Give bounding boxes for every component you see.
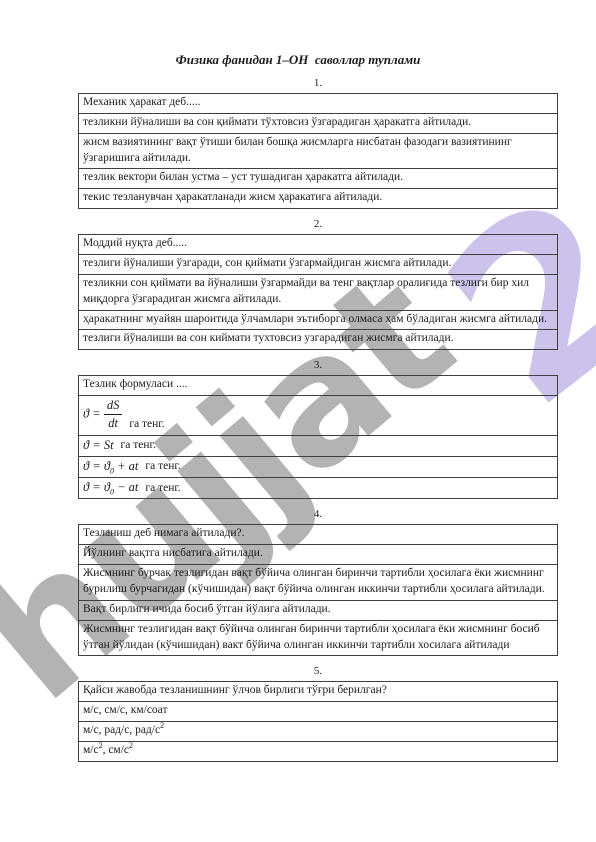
formula-suffix: га тенг. — [129, 417, 164, 433]
section-4: 4. Тезланиш деб нимага айтилади?. Йўлнин… — [78, 508, 558, 656]
table-row: м/с, рад/с, рад/с2 — [79, 722, 558, 742]
question-table-5: Қайси жавобда тезланишнинг ўлчов бирлиги… — [78, 681, 558, 761]
formula-expression: ϑ = ϑ0 + at — [83, 458, 138, 475]
document-page: hujjat 24 Физика фанидан 1–ОН саволлар т… — [0, 0, 596, 842]
section-2: 2. Моддий нуқта деб..... тезлиги йўналиш… — [78, 218, 558, 350]
answer-option: м/с, рад/с, рад/с2 — [79, 722, 558, 742]
answer-option-formula: ϑ = St га тенг. — [79, 435, 558, 456]
table-row: Тезланиш деб нимага айтилади?. — [79, 525, 558, 545]
answer-option: Жисмнинг тезлигидан вақт бўйича олинган … — [79, 620, 558, 656]
answer-option: жисм вазиятининг вақт ўтиши билан бошқа … — [79, 133, 558, 169]
question-number-1: 1. — [78, 77, 558, 89]
table-row: Механик ҳаракат деб..... — [79, 94, 558, 114]
answer-option: тезлик вектори билан устма – уст тушадиг… — [79, 169, 558, 189]
question-number-3: 3. — [78, 359, 558, 371]
table-row: ҳаракатнинг муайян шароитида ўлчамлари э… — [79, 310, 558, 330]
question-number-4: 4. — [78, 508, 558, 520]
answer-option: Жисмнинг бурчак тезлигидан вақт бўйича о… — [79, 565, 558, 601]
question-table-2: Моддий нуқта деб..... тезлиги йўналиши ў… — [78, 234, 558, 350]
table-row: жисм вазиятининг вақт ўтиши билан бошқа … — [79, 133, 558, 169]
answer-option: текис тезланувчан ҳаракатланади жисм ҳар… — [79, 189, 558, 209]
table-row: Йўлнинг вақтга нисбатига айтилади. — [79, 545, 558, 565]
section-3: 3. Тезлик формуласи .... ϑ = dSdt га тен… — [78, 359, 558, 499]
formula-suffix: га тенг. — [145, 481, 180, 497]
table-row: ϑ = dSdt га тенг. — [79, 396, 558, 436]
answer-option-formula: ϑ = dSdt га тенг. — [79, 396, 558, 436]
question-text: Тезлик формуласи .... — [79, 376, 558, 396]
page-title: Физика фанидан 1–ОН саволлар туплами — [0, 52, 596, 68]
formula-suffix: га тенг. — [145, 459, 180, 475]
question-table-1: Механик ҳаракат деб..... тезликни йўнали… — [78, 93, 558, 209]
section-5: 5. Қайси жавобда тезланишнинг ўлчов бирл… — [78, 665, 558, 761]
table-row: тезликни сон қиймати ва йўналиши ўзгарма… — [79, 274, 558, 310]
question-number-2: 2. — [78, 218, 558, 230]
table-row: тезлиги йўналиши ва сон киймати тухтовси… — [79, 330, 558, 350]
answer-option: Вақт бирлиги ичида босиб ўтган йўлига ай… — [79, 600, 558, 620]
answer-option: м/с2, см/с2 — [79, 742, 558, 762]
question-number-5: 5. — [78, 665, 558, 677]
fraction-denominator: dt — [104, 415, 123, 432]
table-row: Жисмнинг бурчак тезлигидан вақт бўйича о… — [79, 565, 558, 601]
table-row: ϑ = ϑ0 − at га тенг. — [79, 478, 558, 499]
table-row: м/с2, см/с2 — [79, 742, 558, 762]
table-row: тезликни йўналиши ва сон қиймати тўхтовс… — [79, 113, 558, 133]
answer-option: ҳаракатнинг муайян шароитида ўлчамлари э… — [79, 310, 558, 330]
table-row: Жисмнинг тезлигидан вақт бўйича олинган … — [79, 620, 558, 656]
question-text: Қайси жавобда тезланишнинг ўлчов бирлиги… — [79, 682, 558, 702]
formula-expression: ϑ = dSdt — [83, 397, 122, 433]
table-row: ϑ = St га тенг. — [79, 435, 558, 456]
answer-option: Йўлнинг вақтга нисбатига айтилади. — [79, 545, 558, 565]
answer-option: тезлиги йўналиши ва сон киймати тухтовси… — [79, 330, 558, 350]
section-1: 1. Механик ҳаракат деб..... тезликни йўн… — [78, 77, 558, 209]
table-row: текис тезланувчан ҳаракатланади жисм ҳар… — [79, 189, 558, 209]
document-content: Физика фанидан 1–ОН саволлар туплами 1. … — [0, 52, 596, 762]
answer-option-formula: ϑ = ϑ0 + at га тенг. — [79, 456, 558, 477]
formula-suffix: га тенг. — [121, 438, 156, 454]
formula-expression: ϑ = ϑ0 − at — [83, 479, 138, 496]
table-row: ϑ = ϑ0 + at га тенг. — [79, 456, 558, 477]
question-text: Моддий нуқта деб..... — [79, 235, 558, 255]
question-text: Механик ҳаракат деб..... — [79, 94, 558, 114]
table-row: тезлик вектори билан устма – уст тушадиг… — [79, 169, 558, 189]
answer-option: тезликни йўналиши ва сон қиймати тўхтовс… — [79, 113, 558, 133]
question-table-3: Тезлик формуласи .... ϑ = dSdt га тенг. — [78, 375, 558, 499]
table-row: тезлиги йўналиши ўзгаради, сон қиймати ў… — [79, 255, 558, 275]
table-row: Тезлик формуласи .... — [79, 376, 558, 396]
question-text: Тезланиш деб нимага айтилади?. — [79, 525, 558, 545]
answer-option: м/с, см/с, км/соат — [79, 702, 558, 722]
table-row: Моддий нуқта деб..... — [79, 235, 558, 255]
table-row: Қайси жавобда тезланишнинг ўлчов бирлиги… — [79, 682, 558, 702]
answer-option: тезликни сон қиймати ва йўналиши ўзгарма… — [79, 274, 558, 310]
formula-expression: ϑ = St — [83, 437, 114, 454]
fraction: dSdt — [104, 397, 123, 433]
fraction-numerator: dS — [104, 397, 123, 415]
question-table-4: Тезланиш деб нимага айтилади?. Йўлнинг в… — [78, 524, 558, 656]
answer-option: тезлиги йўналиши ўзгаради, сон қиймати ў… — [79, 255, 558, 275]
table-row: Вақт бирлиги ичида босиб ўтган йўлига ай… — [79, 600, 558, 620]
answer-option-formula: ϑ = ϑ0 − at га тенг. — [79, 478, 558, 499]
table-row: м/с, см/с, км/соат — [79, 702, 558, 722]
